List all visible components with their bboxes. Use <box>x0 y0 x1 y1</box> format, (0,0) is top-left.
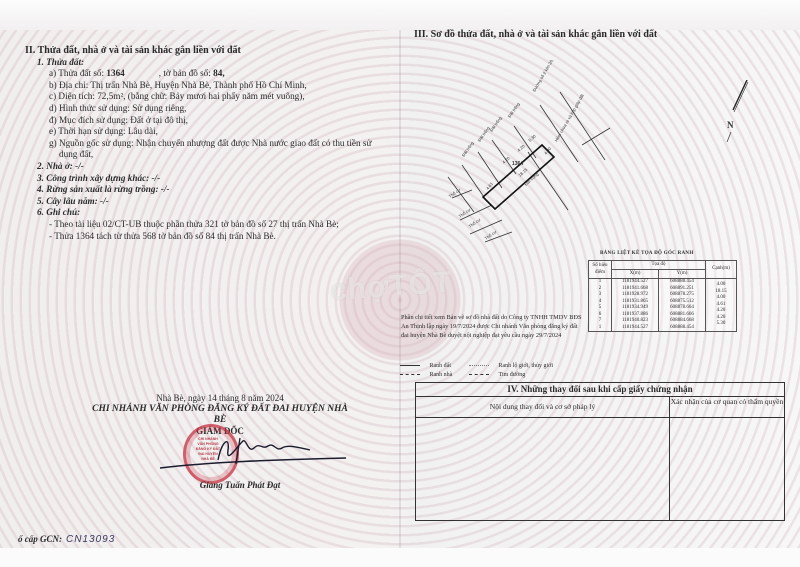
diagram-note: Phần chi tiết xem Bản vẽ sơ đồ nhà đất d… <box>401 313 586 340</box>
col-x: X(m) <box>612 270 659 279</box>
coord-table: Số hiệu điểm Tọa độ Cạnh(m) X(m) Y(m) 11… <box>588 260 737 332</box>
coord-cell-length: 5.30 <box>706 321 737 328</box>
parcel-diagram: 1364 4.00 18.15 4.20 4.20 5.30 4.61 Đất … <box>440 60 620 260</box>
svg-text:Hẻm chừa ra và tiếp giáp đất: Hẻm chừa ra và tiếp giáp đất <box>554 92 586 142</box>
use-origin-cont: dụng đất, <box>25 149 395 161</box>
svg-text:N: N <box>727 120 734 130</box>
watermark: chợTỐT <box>329 266 453 308</box>
parcel-number-label: 1364 <box>512 161 523 167</box>
coord-cell-x: 1181944.527 <box>612 279 659 286</box>
note-1: - Theo tài liệu 02/CT-UB thuộc phần thửa… <box>25 219 395 231</box>
notes-heading: 6. Ghi chú: <box>25 207 395 219</box>
col-authority: Xác nhận của cơ quan có thẩm quyền <box>670 397 784 417</box>
certificate-number-value: CN13093 <box>66 534 115 545</box>
map-number: 84, <box>213 68 224 78</box>
coord-table-caption: BẢNG LIỆT KÊ TỌA ĐỘ GÓC RANH <box>600 251 694 256</box>
legend-setback: Ranh lộ giới, thủy giới <box>499 363 554 369</box>
use-purpose: đ) Mục đích sử dụng: Đất ở tại đô thị, <box>25 115 395 127</box>
map-label: , tờ bản đồ số: <box>159 68 213 78</box>
use-origin: g) Nguồn gốc sử dụng: Nhận chuyển nhượng… <box>25 138 395 150</box>
legend-centerline: Tim đường <box>499 372 526 378</box>
land-heading: 1. Thửa đất: <box>25 57 395 69</box>
col-y: Y(m) <box>659 270 706 279</box>
bottom-edge <box>0 548 800 567</box>
legend-house-boundary: Ranh nhà <box>430 372 453 378</box>
other-works: 3. Công trình xây dựng khác: -/- <box>25 173 395 185</box>
area: c) Diện tích: 72,5m², (bằng chữ: Bảy mươ… <box>25 91 395 103</box>
section-2-land-info: II. Thửa đất, nhà ở và tài sản khác gắn … <box>25 45 395 242</box>
svg-text:Đất trống: Đất trống <box>461 140 475 158</box>
perennial-trees: 5. Cây lâu năm: -/- <box>25 196 395 208</box>
place-date: Nhà Bè, ngày 14 tháng 8 năm 2024 <box>90 393 350 404</box>
parcel-line: a) Thửa đất số: 1364, tờ bản đồ số: 84, <box>25 68 395 80</box>
svg-text:Thổ cư: Thổ cư <box>484 229 498 241</box>
certificate-number: ố cấp GCN:CN13093 <box>18 534 115 545</box>
section-4-changes: IV. Những thay đổi sau khi cấp giấy chứn… <box>415 382 785 521</box>
certificate-page: chợTỐT II. Thửa đất, nhà ở và tài sản kh… <box>0 0 800 567</box>
col-length: Cạnh(m) <box>706 261 737 279</box>
centerline-icon <box>469 374 489 375</box>
north-arrow-icon: N <box>725 80 755 150</box>
col-point: Số hiệu điểm <box>589 261 612 279</box>
svg-text:18.15: 18.15 <box>517 167 529 178</box>
section-4-heading: IV. Những thay đổi sau khi cấp giấy chứn… <box>416 383 784 397</box>
signature-icon <box>150 430 350 480</box>
coord-cell-y: 608888.454 <box>659 279 706 286</box>
coord-cell-point: 1 <box>589 325 612 332</box>
signer-name: Giang Tuấn Phát Đạt <box>160 480 320 490</box>
svg-text:5.30: 5.30 <box>527 133 537 143</box>
use-form: d) Hình thức sử dụng: Sử dụng riêng, <box>25 103 395 115</box>
house: 2. Nhà ở: -/- <box>25 161 395 173</box>
svg-text:4.20: 4.20 <box>501 155 511 165</box>
col-coords: Tọa độ <box>612 261 706 270</box>
parcel-label: a) Thửa đất số: <box>49 68 106 78</box>
coord-row: 11181944.527608888.4544.00 <box>589 279 737 286</box>
coord-cell-y: 608888.454 <box>659 325 706 332</box>
house-boundary-line-icon <box>400 374 420 375</box>
legend-land-boundary: Ranh đất <box>430 363 452 369</box>
svg-text:Thổ cư: Thổ cư <box>458 207 472 219</box>
svg-text:Đất trống: Đất trống <box>477 125 491 143</box>
svg-text:Đất trống: Đất trống <box>507 101 521 119</box>
forest: 4. Rừng sản xuất là rừng trồng: -/- <box>25 184 395 196</box>
use-term: e) Thời hạn sử dụng: Lâu dài, <box>25 126 395 138</box>
svg-text:Đất trống: Đất trống <box>523 171 540 187</box>
setback-line-icon <box>469 365 489 366</box>
svg-text:Thổ cư: Thổ cư <box>468 217 482 229</box>
top-edge <box>0 0 800 30</box>
col-changes: Nội dung thay đổi và cơ sở pháp lý <box>416 397 670 417</box>
coord-cell-point: 1 <box>589 279 612 286</box>
coord-cell-length: 4.00 <box>706 282 737 289</box>
coord-cell-x: 1181944.527 <box>612 325 659 332</box>
svg-text:Đường số 2 kèn 2019: Đường số 2 kèn 2019 <box>532 60 557 93</box>
certificate-number-label: ố cấp GCN: <box>18 534 62 544</box>
svg-text:4.20: 4.20 <box>516 143 526 153</box>
section-2-heading: II. Thửa đất, nhà ở và tài sản khác gắn … <box>25 45 395 57</box>
diagram-labels: 1364 4.00 18.15 4.20 4.20 5.30 4.61 Đất … <box>448 60 586 241</box>
parcel-number: 1364 <box>106 68 124 78</box>
address: b) Địa chỉ: Thị trấn Nhà Bè, Huyện Nhà B… <box>25 80 395 92</box>
land-boundary-line-icon <box>400 365 420 366</box>
svg-text:Đất trống: Đất trống <box>489 115 503 133</box>
note-2: - Thửa 1364 tách từ thửa 568 tờ bản đồ s… <box>25 231 395 243</box>
section-3-heading: III. Sơ đồ thửa đất, nhà ở và tài sản kh… <box>414 29 657 40</box>
issuing-office: CHI NHÁNH VĂN PHÒNG ĐĂNG KÝ ĐẤT ĐAI HUYỆ… <box>90 404 350 426</box>
changes-body <box>416 418 784 520</box>
